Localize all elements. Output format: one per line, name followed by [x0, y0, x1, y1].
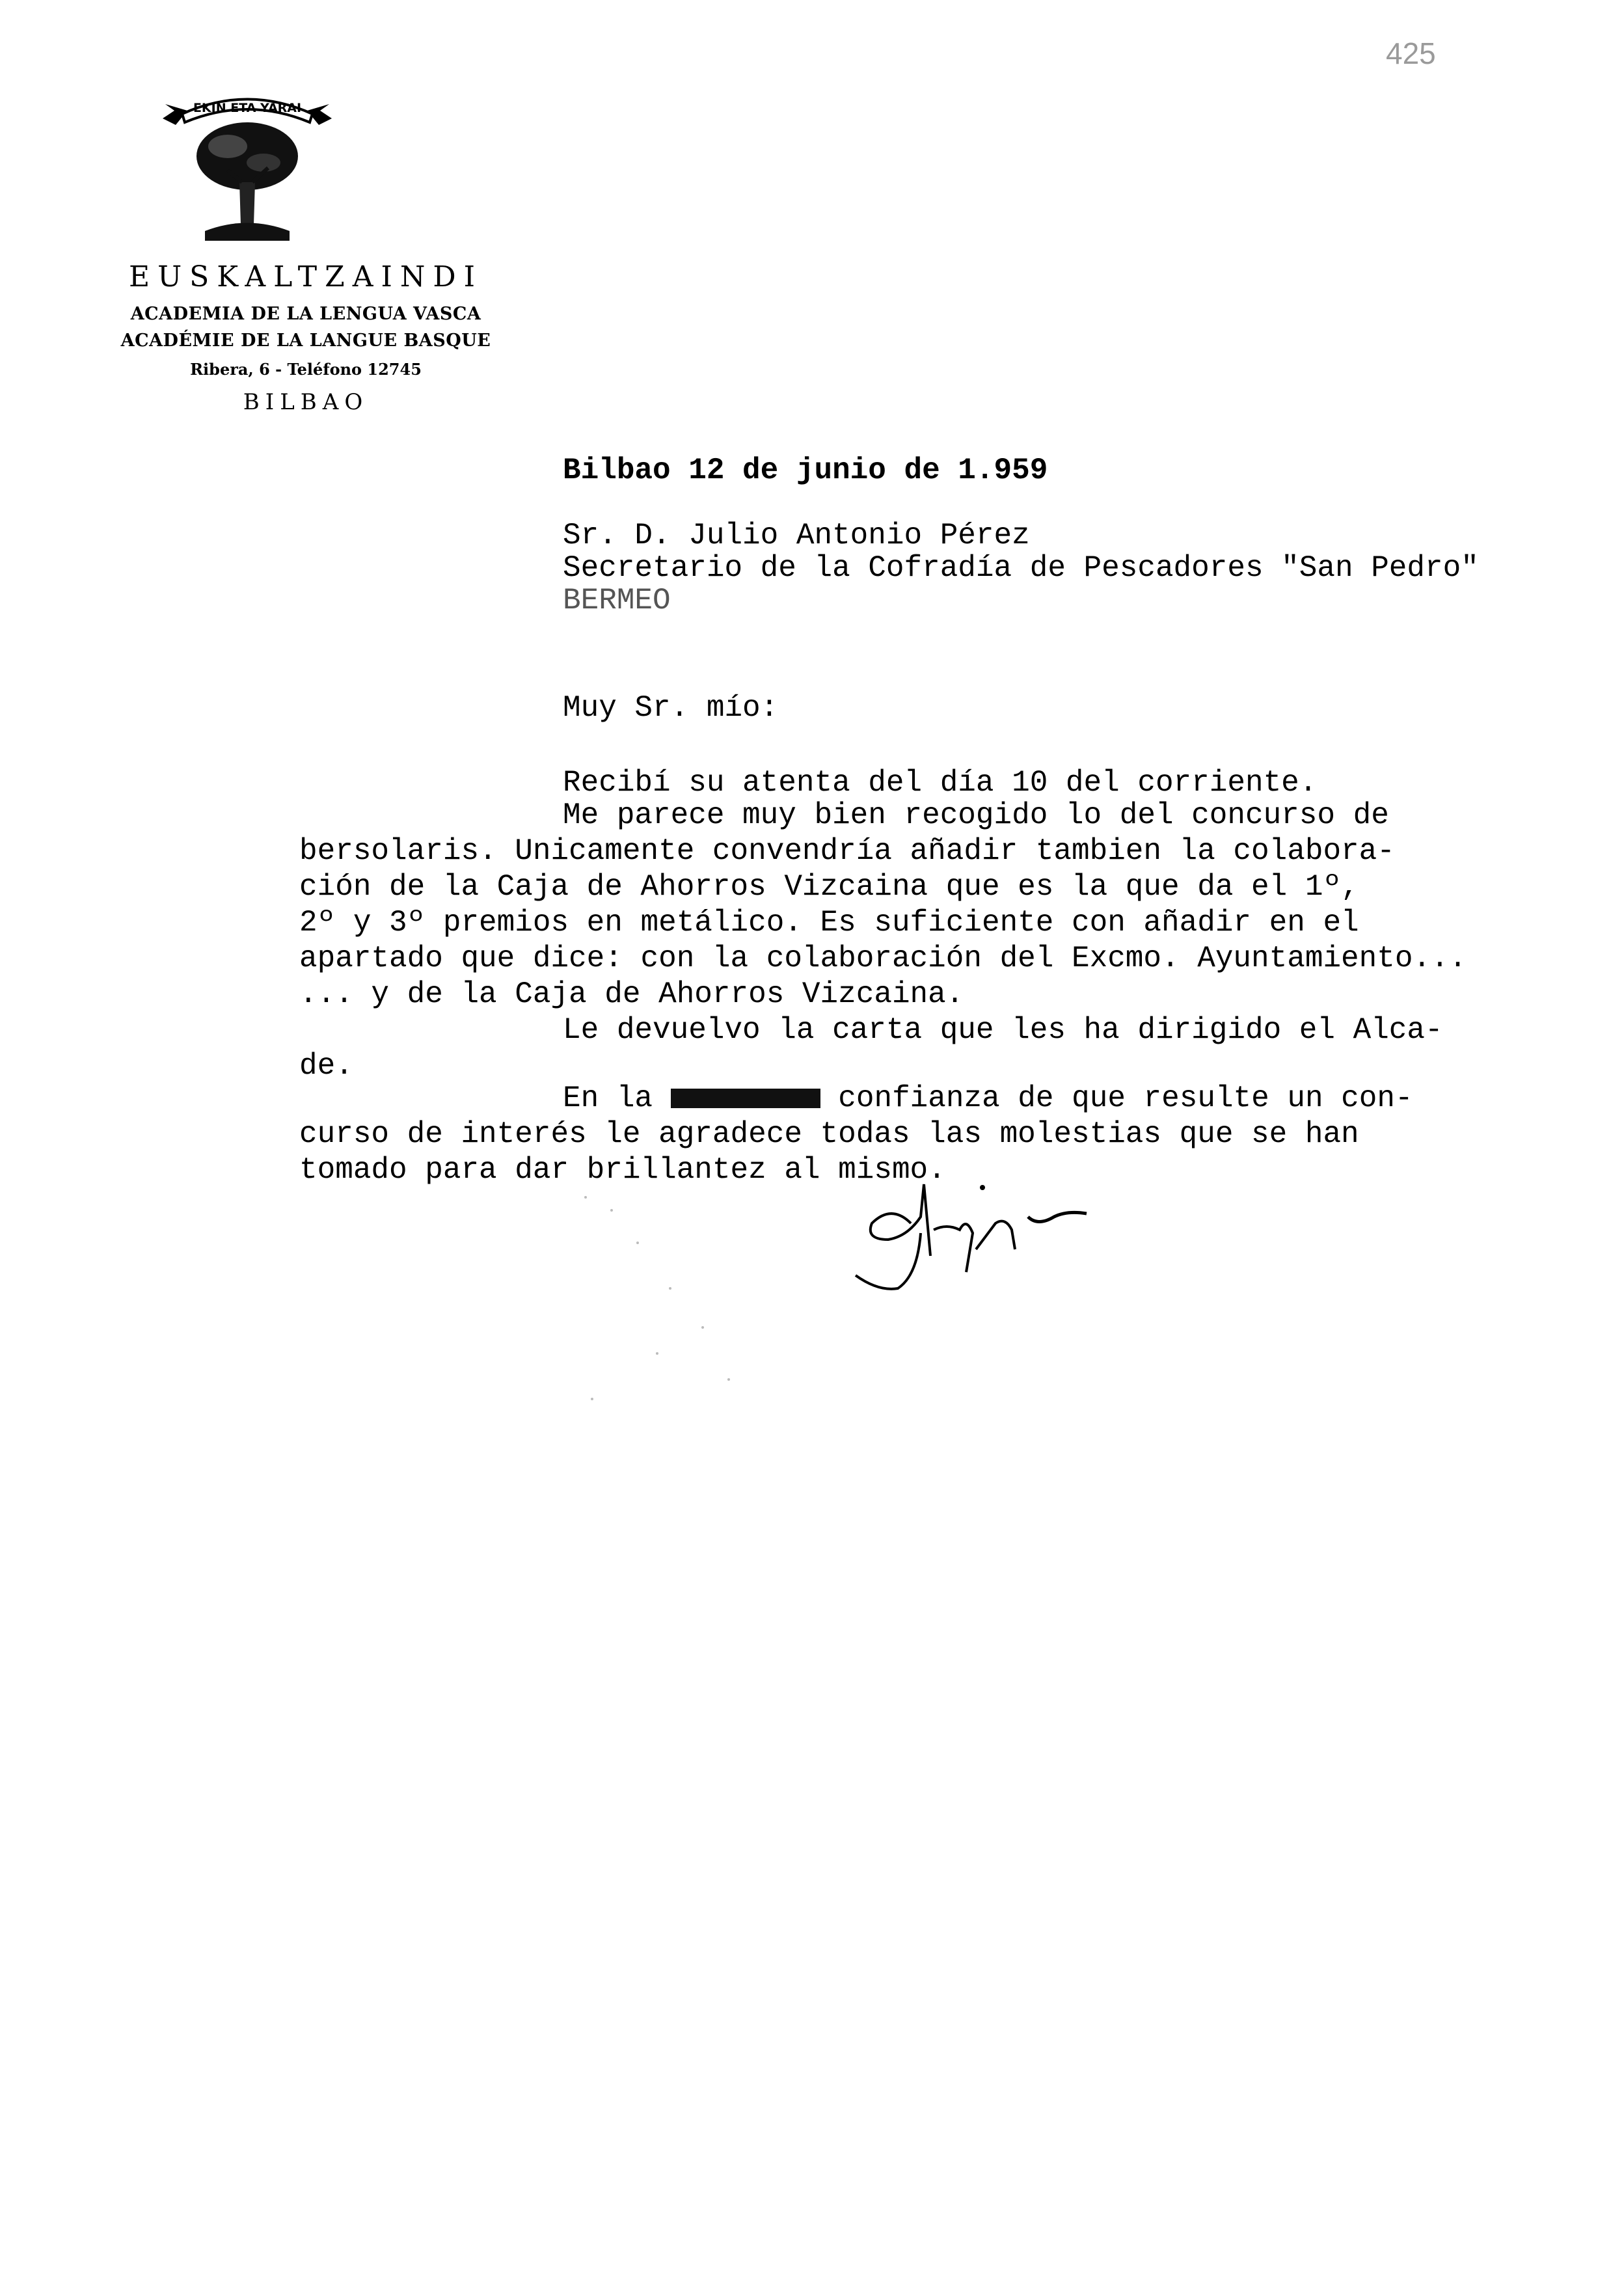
salutation: Muy Sr. mío: [563, 693, 778, 723]
letter-page: EKIN ETA YARAI EUSKALTZAINDI ACADEMIA DE… [0, 0, 1624, 2282]
institution-subtitle-fr: ACADÉMIE DE LA LANGUE BASQUE [65, 331, 547, 351]
closing-line: tomado para dar brillantez al mismo. [299, 1155, 946, 1185]
body-line: ción de la Caja de Ahorros Vizcaina que … [299, 872, 1359, 902]
body-line: Me parece muy bien recogido lo del concu… [563, 800, 1389, 830]
svg-text:EKIN ETA YARAI: EKIN ETA YARAI [193, 101, 301, 115]
recipient-city: BERMEO [563, 586, 671, 616]
institution-subtitle-es: ACADEMIA DE LA LENGUA VASCA [65, 304, 547, 324]
recipient-name: Sr. D. Julio Antonio Pérez [563, 521, 1030, 550]
closing-prefix: En la [563, 1081, 653, 1115]
body-line: de. [299, 1051, 353, 1081]
institution-address: Ribera, 6 - Teléfono 12745 [65, 360, 547, 379]
institution-name: EUSKALTZAINDI [65, 260, 547, 293]
body-line: Recibí su atenta del día 10 del corrient… [563, 768, 1317, 798]
body-line: ... y de la Caja de Ahorros Vizcaina. [299, 979, 964, 1009]
tree-logo-icon: EKIN ETA YARAI [156, 85, 338, 247]
closing-suffix: confianza de que resulte un con- [838, 1081, 1413, 1115]
redacted-word [671, 1089, 820, 1108]
paper-specks [573, 1184, 755, 1445]
institution-city: BILBAO [65, 389, 547, 415]
body-line: Le devuelvo la carta que les ha dirigido… [563, 1015, 1443, 1045]
body-line: apartado que dice: con la colaboración d… [299, 944, 1467, 973]
signature-icon [852, 1178, 1139, 1308]
recipient-title: Secretario de la Cofradía de Pescadores … [563, 553, 1479, 583]
closing-line: curso de interés le agradece todas las m… [299, 1119, 1359, 1149]
closing-line: En la confianza de que resulte un con- [563, 1083, 1413, 1113]
body-line: 2º y 3º premios en metálico. Es suficien… [299, 908, 1359, 938]
letter-date: Bilbao 12 de junio de 1.959 [563, 455, 1048, 485]
archive-number: 425 [1386, 36, 1436, 71]
body-line: bersolaris. Unicamente convendría añadir… [299, 836, 1395, 866]
